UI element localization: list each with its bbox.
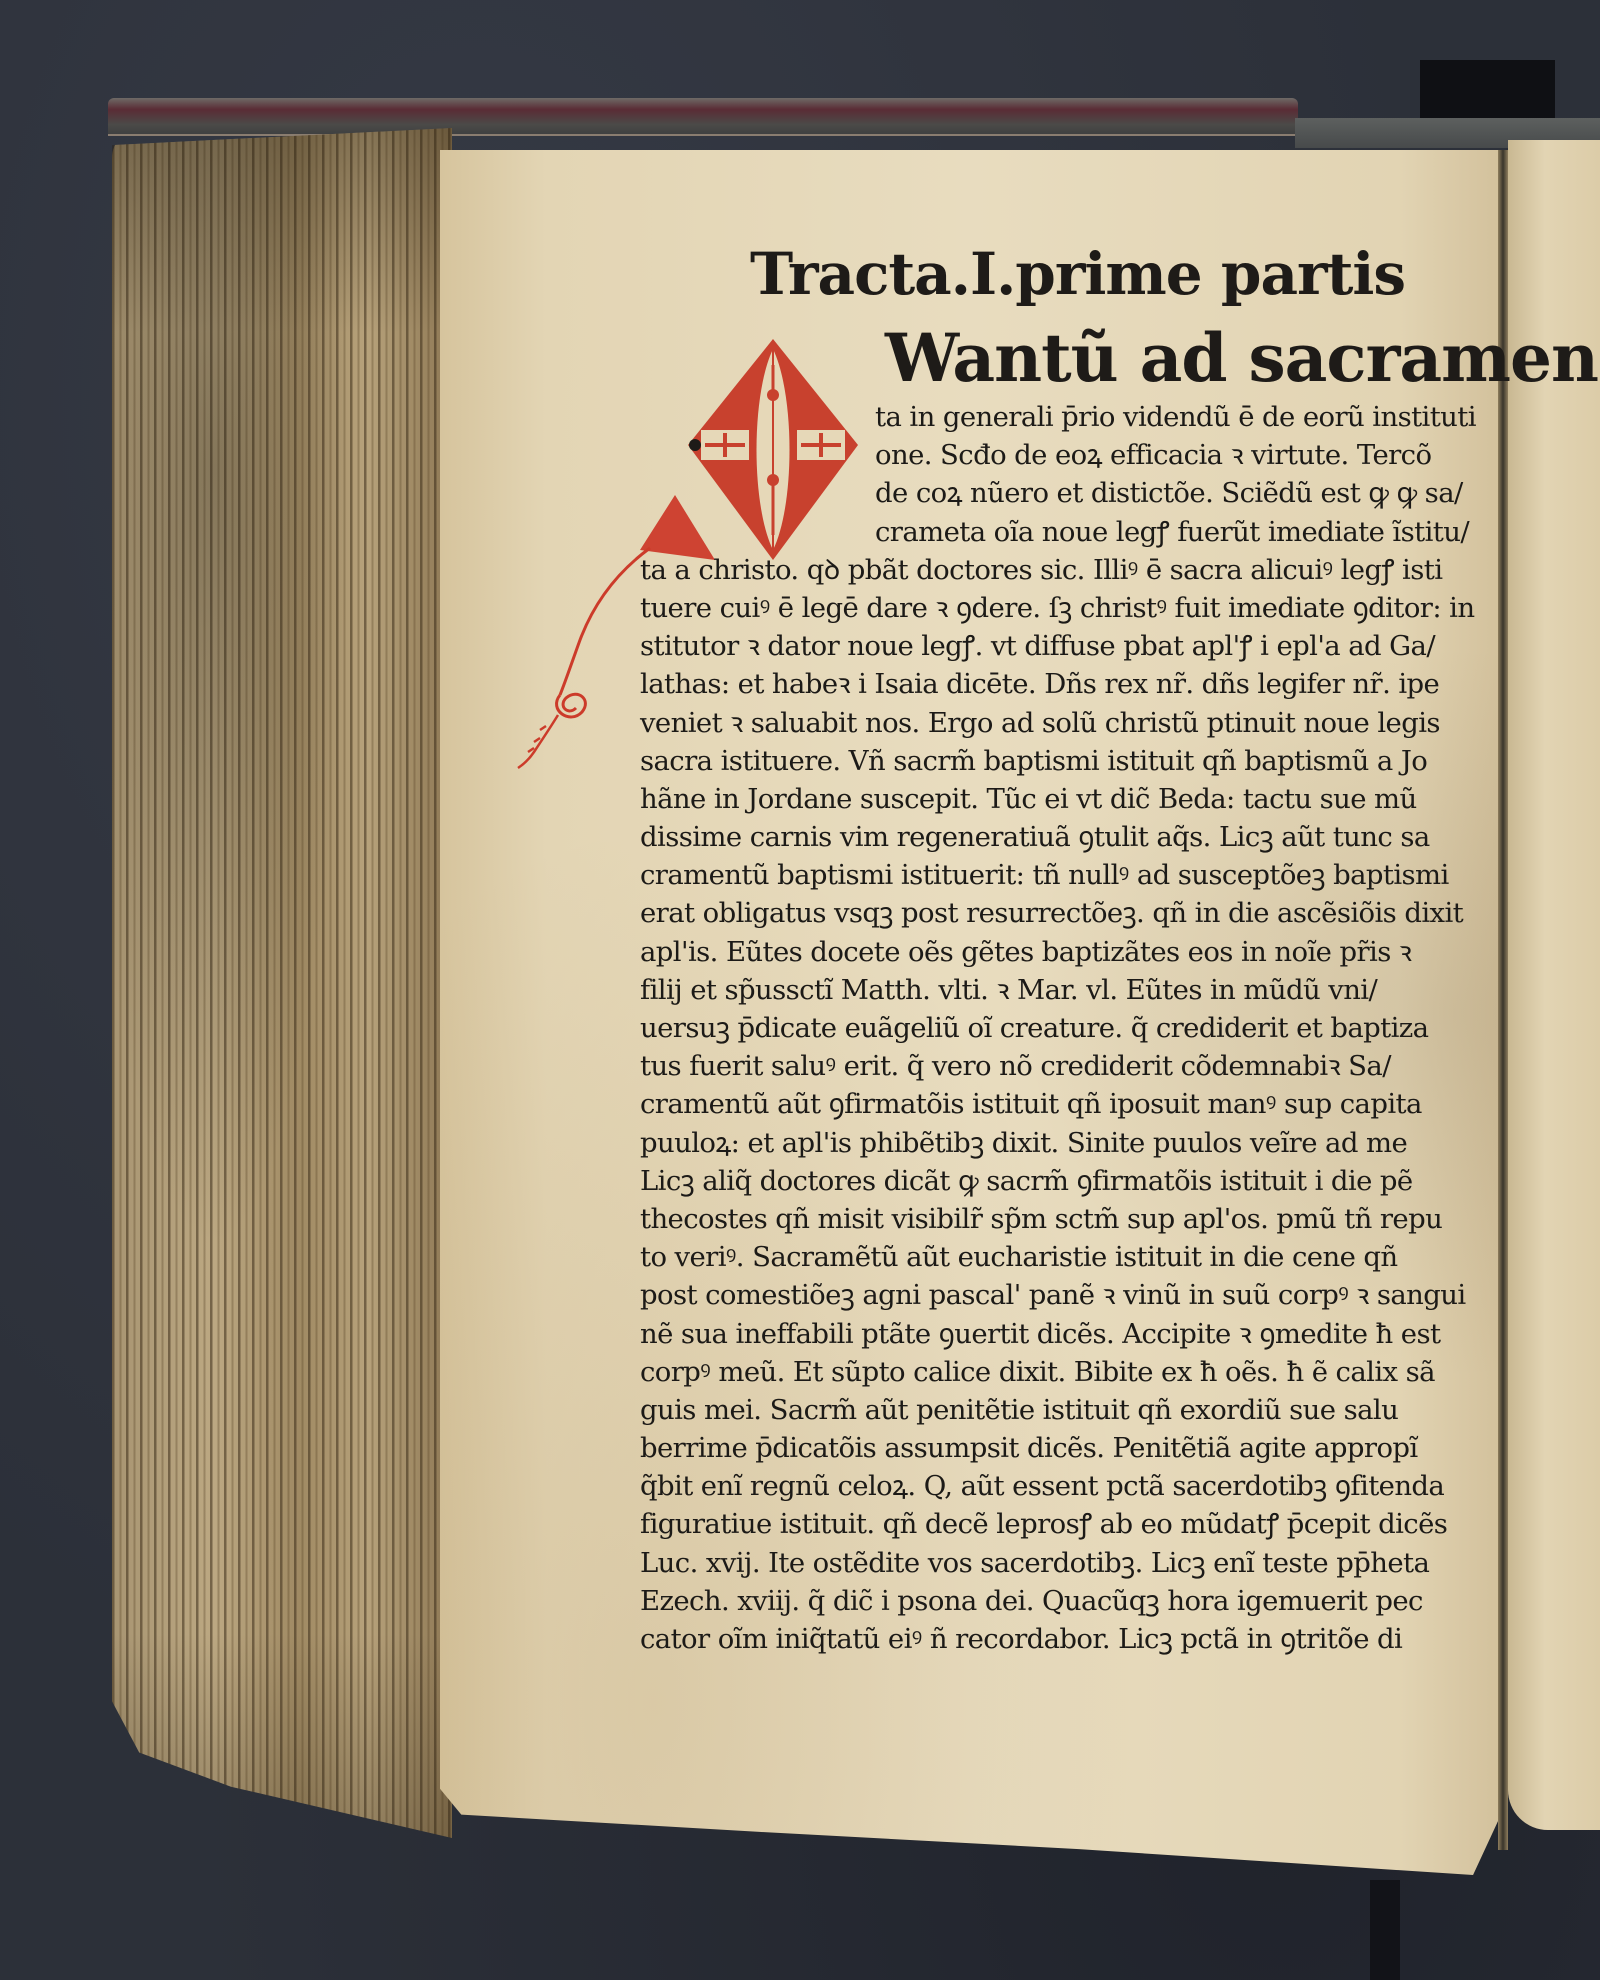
text-line: Ezech. xviij. q̃ dic̃ i psona dei. Quacũ…	[640, 1582, 1460, 1620]
text-line: hãne in Jordane suscepit. Tũc ei vt dic̃…	[640, 780, 1460, 818]
text-line: stitutor ꝛ dator noue legꝭ. vt diffuse p…	[640, 627, 1460, 665]
text-line: tus fuerit saluꝰ erit. q̃ vero nõ credid…	[640, 1047, 1460, 1085]
text-line: Licꝫ aliq̃ doctores dicãt ꝙ sacrm̃ ꝯfirm…	[640, 1162, 1460, 1200]
text-line: figuratiue istituit. qñ decẽ leprosꝭ ab …	[640, 1505, 1460, 1543]
text-line: dissime carnis vim regeneratiuã ꝯtulit a…	[640, 818, 1460, 856]
dark-support-shadow	[1370, 1880, 1400, 1980]
book-cover-top-edge	[108, 98, 1298, 136]
text-line: de coꝝ nũero et distictõe. Sciẽdũ est ꝙ …	[640, 474, 1460, 512]
incipit-heading: Wantũ ad sacramen	[885, 318, 1598, 398]
text-line: guis mei. Sacrm̃ aũt penitẽtie istituit …	[640, 1391, 1460, 1429]
text-line: cramentũ baptismi istituerit: tñ nullꝰ a…	[640, 856, 1460, 894]
text-line: thecostes qñ misit visibilr̃ sp̃m sctm̃ …	[640, 1200, 1460, 1238]
text-line: ta in generali p̄rio videndũ ē de eorũ i…	[640, 398, 1460, 436]
text-line: Luc. xvij. Ite ostẽdite vos sacerdotibꝫ.…	[640, 1544, 1460, 1582]
text-line: erat obligatus vsqꝫ post resurrectõeꝫ. q…	[640, 894, 1460, 932]
page-stack-fore-edge	[112, 128, 452, 1838]
text-line: nẽ sua ineffabili ptãte ꝯuertit dicẽs. A…	[640, 1315, 1460, 1353]
text-line: lathas: et habeꝛ i Isaia dicēte. Dñs rex…	[640, 665, 1460, 703]
text-line: filij et sp̃ussctĩ Matth. vlti. ꝛ Mar. v…	[640, 971, 1460, 1009]
text-line: to veriꝰ. Sacramẽtũ aũt eucharistie isti…	[640, 1238, 1460, 1276]
text-line: crameta oĩa noue legꝭ fuerũt imediate ĩs…	[640, 513, 1460, 551]
text-line: sacra istituere. Vñ sacrm̃ baptismi isti…	[640, 742, 1460, 780]
text-line: ta a christo. qꝺ pbãt doctores sic. Illi…	[640, 551, 1460, 589]
running-head: Tracta.I.prime partis	[750, 230, 1460, 318]
body-text: ta in generali p̄rio videndũ ē de eorũ i…	[640, 398, 1460, 1658]
text-line: cator oĩm iniq̃tatũ eiꝰ ñ recordabor. Li…	[640, 1620, 1460, 1658]
text-line: uersuꝫ p̄dicate euãgeliũ oĩ creature. q̃…	[640, 1009, 1460, 1047]
text-line: post comestiõeꝫ agni pascal' panẽ ꝛ vinũ…	[640, 1276, 1460, 1314]
text-line: puuloꝝ: et apl'is phibẽtibꝫ dixit. Sinit…	[640, 1124, 1460, 1162]
text-line: cramentũ aũt ꝯfirmatõis istituit qñ ipos…	[640, 1085, 1460, 1123]
text-line: corpꝰ meũ. Et sũpto calice dixit. Bibite…	[640, 1353, 1460, 1391]
gutter	[1498, 150, 1508, 1850]
text-line: apl'is. Eũtes docete oẽs gẽtes baptizãte…	[640, 933, 1460, 971]
text-line: berrime p̄dicatõis assumpsit dicẽs. Peni…	[640, 1429, 1460, 1467]
text-column: Tracta.I.prime partis Wantũ ad sacramen …	[640, 230, 1460, 1658]
text-line: one. Scđo de eoꝝ efficacia ꝛ virtute. Te…	[640, 436, 1460, 474]
text-line: veniet ꝛ saluabit nos. Ergo ad solũ chri…	[640, 704, 1460, 742]
text-line: q̃bit enĩ regnũ celoꝝ. Q, aũt essent pct…	[640, 1467, 1460, 1505]
text-line: tuere cuiꝰ ē legē dare ꝛ ꝯdere. ſꝫ chris…	[640, 589, 1460, 627]
